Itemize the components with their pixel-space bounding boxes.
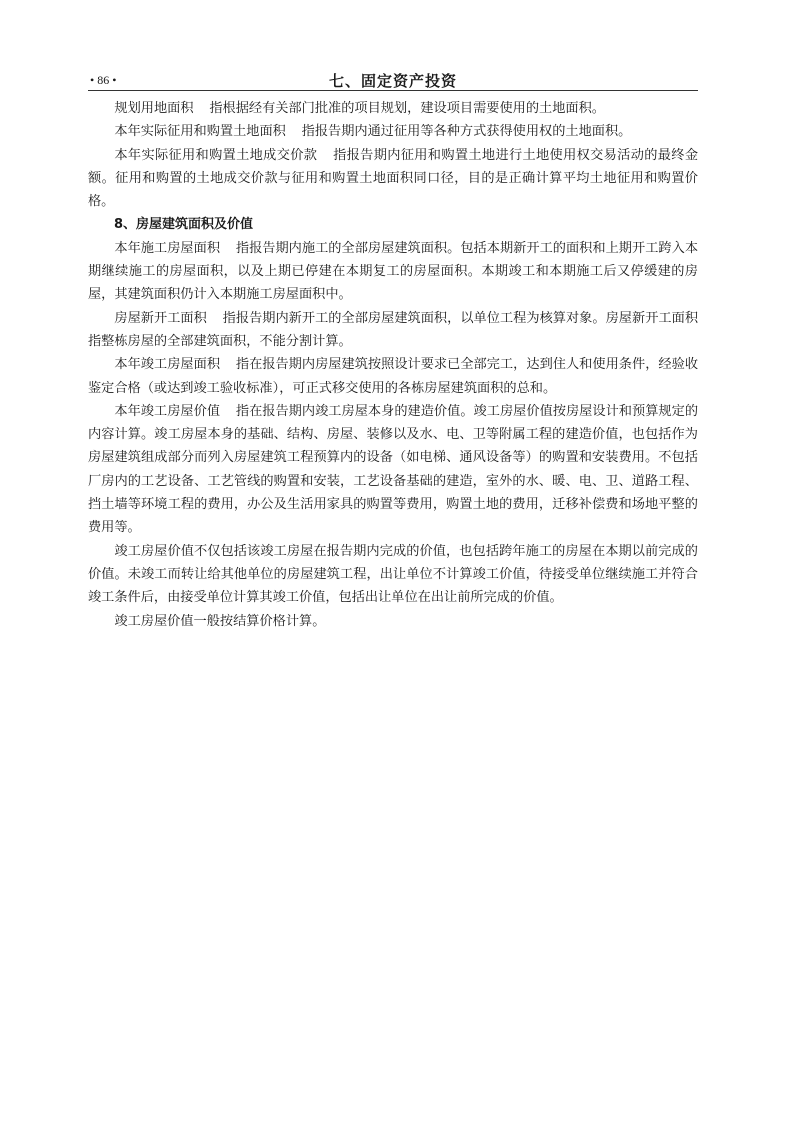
body-text: 竣工房屋价值一般按结算价格计算。 [114, 614, 325, 629]
page-header: • 86 • 七、固定资产投资 [88, 70, 698, 90]
paragraph: 竣工房屋价值不仅包括该竣工房屋在报告期内完成的价值，也包括跨年施工的房屋在本期以… [88, 540, 698, 610]
definition: 指根据经有关部门批准的项目规划，建设项目需要使用的土地面积。 [209, 101, 605, 116]
document-body: 规划用地面积指根据经有关部门批准的项目规划，建设项目需要使用的土地面积。 本年实… [88, 97, 698, 633]
paragraph: 规划用地面积指根据经有关部门批准的项目规划，建设项目需要使用的土地面积。 [88, 97, 698, 120]
term: 房屋新开工面积 [114, 311, 206, 326]
term: 本年实际征用和购置土地面积 [114, 124, 285, 139]
paragraph: 本年实际征用和购置土地面积指报告期内通过征用等各种方式获得使用权的土地面积。 [88, 120, 698, 143]
term: 本年实际征用和购置土地成交价款 [114, 148, 317, 163]
paragraph: 本年竣工房屋价值指在报告期内竣工房屋本身的建造价值。竣工房屋价值按房屋设计和预算… [88, 400, 698, 540]
term: 本年竣工房屋面积 [114, 357, 220, 372]
term: 规划用地面积 [114, 101, 193, 116]
paragraph: 房屋新开工面积指报告期内新开工的全部房屋建筑面积，以单位工程为核算对象。房屋新开… [88, 307, 698, 354]
term: 本年竣工房屋价值 [114, 404, 220, 419]
body-text: 竣工房屋价值不仅包括该竣工房屋在报告期内完成的价值，也包括跨年施工的房屋在本期以… [88, 544, 698, 606]
definition: 指报告期内通过征用等各种方式获得使用权的土地面积。 [302, 124, 632, 139]
paragraph: 本年竣工房屋面积指在报告期内房屋建筑按照设计要求已全部完工，达到住人和使用条件，… [88, 353, 698, 400]
section-heading: 8、房屋建筑面积及价值 [88, 213, 698, 236]
paragraph: 竣工房屋价值一般按结算价格计算。 [88, 610, 698, 633]
definition: 指在报告期内竣工房屋本身的建造价值。竣工房屋价值按房屋设计和预算规定的内容计算。… [88, 404, 698, 535]
paragraph: 本年施工房屋面积指报告期内施工的全部房屋建筑面积。包括本期新开工的面积和上期开工… [88, 237, 698, 307]
document-page: • 86 • 七、固定资产投资 规划用地面积指根据经有关部门批准的项目规划，建设… [88, 70, 698, 633]
paragraph: 本年实际征用和购置土地成交价款指报告期内征用和购置土地进行土地使用权交易活动的最… [88, 144, 698, 214]
chapter-title: 七、固定资产投资 [88, 70, 698, 91]
term: 本年施工房屋面积 [114, 241, 220, 256]
